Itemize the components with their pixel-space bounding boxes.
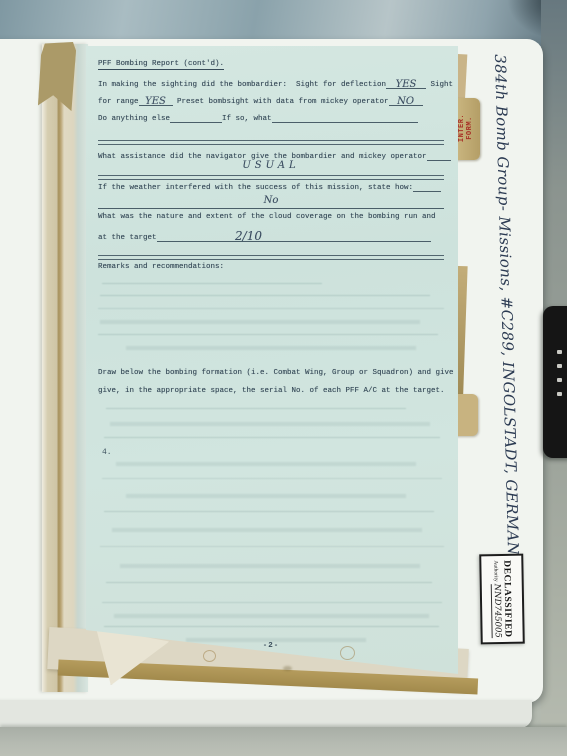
declassified-stamp: DECLASSIFIED Authority NND745005 bbox=[479, 554, 525, 645]
answer-assistance: USUAL bbox=[98, 158, 444, 169]
question-weather: If the weather interfered with the succe… bbox=[98, 180, 441, 192]
bleed-through-line bbox=[100, 546, 444, 547]
bleed-through-line bbox=[100, 295, 430, 296]
section-divider bbox=[98, 255, 444, 260]
black-object-button bbox=[557, 392, 562, 396]
bleed-through-line bbox=[126, 494, 406, 498]
blank-if-so-what bbox=[272, 111, 418, 123]
bleed-through-line bbox=[126, 346, 416, 350]
bleed-through-line bbox=[100, 320, 420, 324]
section-divider bbox=[98, 140, 444, 145]
bleed-through-line bbox=[104, 437, 440, 438]
bleed-through-line bbox=[114, 614, 429, 618]
folder-bottom-flap bbox=[0, 700, 532, 728]
inter-form-tab-label: INTER.FORM. bbox=[458, 101, 474, 155]
question-cloud-line1: What was the nature and extent of the cl… bbox=[98, 213, 436, 221]
stain-mark bbox=[340, 646, 355, 660]
answer-range: YES bbox=[145, 96, 166, 107]
question-sighting-line1: In making the sighting did the bombardie… bbox=[98, 77, 453, 89]
blank-weather-line bbox=[98, 208, 444, 209]
bleed-through-line bbox=[120, 564, 420, 568]
blank-mickey: NO bbox=[389, 94, 423, 106]
bleed-through-line bbox=[116, 462, 416, 466]
black-object-button bbox=[557, 350, 562, 354]
bleed-through-line bbox=[106, 408, 406, 409]
bleed-through-line bbox=[102, 478, 442, 479]
bleed-through-line bbox=[110, 422, 430, 426]
bombing-report-page: PFF Bombing Report (cont'd). In making t… bbox=[86, 46, 458, 674]
stain-mark bbox=[283, 666, 292, 671]
blank-cloud-coverage: 2/10 bbox=[157, 230, 431, 242]
bleed-through-line bbox=[98, 308, 444, 309]
stray-pencil-mark: 4. bbox=[102, 448, 112, 457]
answer-mickey: NO bbox=[397, 96, 414, 107]
blank-weather bbox=[413, 180, 441, 192]
bleed-through-line bbox=[104, 511, 434, 512]
bleed-through-line bbox=[102, 602, 442, 603]
draw-instruction-line2: give, in the appropriate space, the seri… bbox=[98, 387, 445, 395]
bleed-through-line bbox=[112, 528, 422, 532]
stain-mark bbox=[203, 650, 216, 662]
blank-range: YES bbox=[139, 94, 173, 106]
bleed-through-line bbox=[106, 582, 432, 583]
declassified-stamp-title: DECLASSIFIED bbox=[502, 560, 513, 638]
answer-weather: No bbox=[98, 193, 444, 204]
report-title: PFF Bombing Report (cont'd). bbox=[98, 60, 224, 70]
black-object bbox=[543, 306, 567, 458]
answer-cloud-coverage: 2/10 bbox=[235, 229, 262, 243]
remarks-label: Remarks and recommendations: bbox=[98, 263, 224, 271]
black-object-button bbox=[557, 364, 562, 368]
question-sighting-line2: for rangeYES Preset bombsight with data … bbox=[98, 94, 423, 106]
paper-stack-left-edge bbox=[42, 44, 88, 692]
photo-scene: INTER.FORM. PFF Bombing Report (cont'd).… bbox=[0, 0, 567, 756]
question-sighting-line3: Do anything elseIf so, what bbox=[98, 111, 418, 123]
black-object-button bbox=[557, 378, 562, 382]
declassified-stamp-authority: Authority NND745005 bbox=[491, 560, 503, 638]
bleed-through-line bbox=[102, 283, 322, 284]
bleed-through-line bbox=[98, 334, 438, 335]
draw-instruction-line1: Draw below the bombing formation (i.e. C… bbox=[98, 369, 454, 377]
blank-deflection: YES bbox=[386, 77, 426, 89]
bleed-through-line bbox=[104, 626, 439, 627]
table-surface-bottom bbox=[0, 727, 567, 756]
question-cloud-line2: at the target2/10 bbox=[98, 230, 431, 242]
answer-deflection: YES bbox=[396, 79, 417, 90]
blank-anything-else bbox=[170, 111, 222, 123]
